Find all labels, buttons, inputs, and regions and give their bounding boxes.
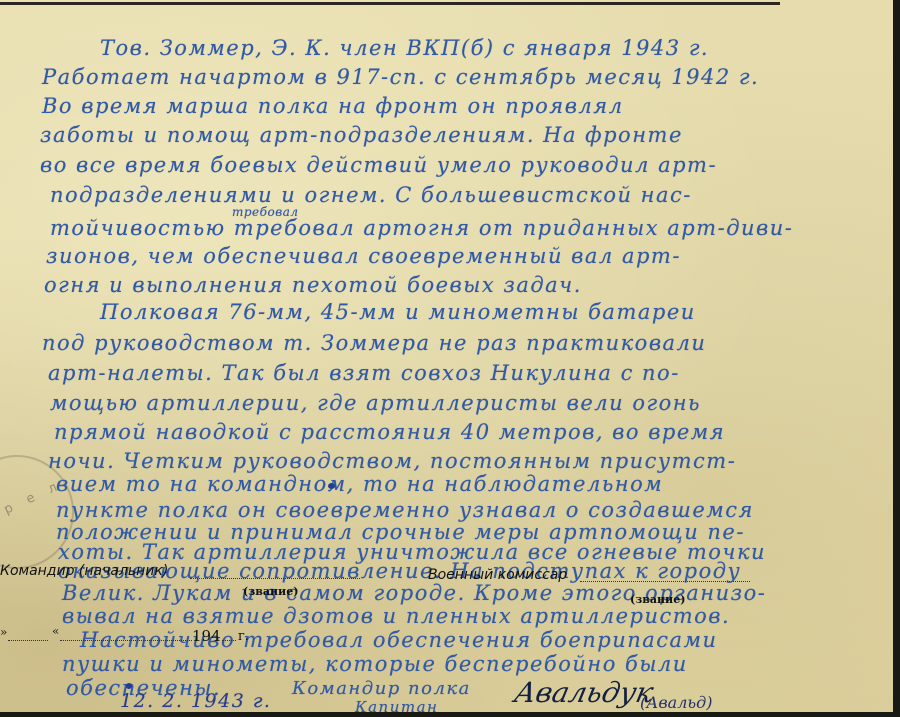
citation-line-17: пункте полка он своевременно узнавал о с… xyxy=(56,500,754,521)
citation-line-3: Во время марша полка на фронт он проявля… xyxy=(42,96,624,117)
form-date-month-line xyxy=(60,640,192,641)
citation-line-22: вывал на взятие дзотов и пленных артилле… xyxy=(62,606,730,627)
citation-line-2: Работает начартом в 917-сп. с сентябрь м… xyxy=(42,67,759,88)
form-date-open-quote: « xyxy=(52,624,59,638)
signer-name: (Авальд) xyxy=(640,693,713,712)
form-commander-line xyxy=(190,578,360,579)
form-rank-label-2: (звание) xyxy=(630,593,685,606)
ink-blot xyxy=(126,683,132,689)
citation-line-24: пушки и минометы, которые бесперебойно б… xyxy=(62,654,688,675)
citation-line-13: мощью артиллерии, где артиллеристы вели … xyxy=(50,393,701,414)
citation-line-7: тойчивостью требовал артогня от приданны… xyxy=(50,218,793,239)
form-commander-label: Командир (начальник) xyxy=(0,563,168,579)
citation-line-1: Тов. Зоммер, Э. К. член ВКП(б) с января … xyxy=(100,38,709,59)
signer-title: Командир полка xyxy=(292,680,471,698)
citation-line-12: арт-налеты. Так был взят совхоз Никулина… xyxy=(48,363,680,384)
citation-line-5: во все время боевых действий умело руков… xyxy=(40,155,717,176)
form-date-year-line xyxy=(222,640,236,641)
form-date-close-quote: » xyxy=(0,625,7,639)
citation-line-11: под руководством т. Зоммера не раз практ… xyxy=(42,333,706,354)
citation-line-16: вием то на командном, то на наблюдательн… xyxy=(56,474,663,495)
citation-line-6: подразделениями и огнем. С большевистско… xyxy=(50,185,692,206)
form-date-year-prefix: 194 xyxy=(192,627,221,645)
form-rank-label-1: (звание) xyxy=(243,585,298,598)
form-commissar-line xyxy=(580,581,750,582)
document-sheet: р е л Тов. Зоммер, Э. К. член ВКП(б) с я… xyxy=(0,0,893,712)
citation-line-14: прямой наводкой с расстояния 40 метров, … xyxy=(54,422,725,443)
citation-line-10: Полковая 76-мм, 45-мм и минометны батаре… xyxy=(100,302,696,323)
form-commissar-label: Военный комиссар xyxy=(428,567,567,583)
citation-line-4: заботы и помощ арт-подразделениям. На фр… xyxy=(40,125,683,146)
signer-rank: Капитан xyxy=(355,700,438,712)
top-border-rule xyxy=(0,2,780,5)
form-date-year-suffix: г. xyxy=(238,629,249,644)
citation-line-15: ночи. Четким руководством, постоянным пр… xyxy=(48,451,736,472)
citation-date: 12. 2. 1943 г. xyxy=(120,692,271,711)
citation-line-9: огня и выполнения пехотой боевых задач. xyxy=(44,275,582,296)
signature-scribble: Авальдук xyxy=(511,676,656,709)
ink-blot xyxy=(328,483,335,489)
form-date-day-line xyxy=(8,640,48,641)
citation-line-8: зионов, чем обеспечивал своевременный ва… xyxy=(46,246,681,267)
